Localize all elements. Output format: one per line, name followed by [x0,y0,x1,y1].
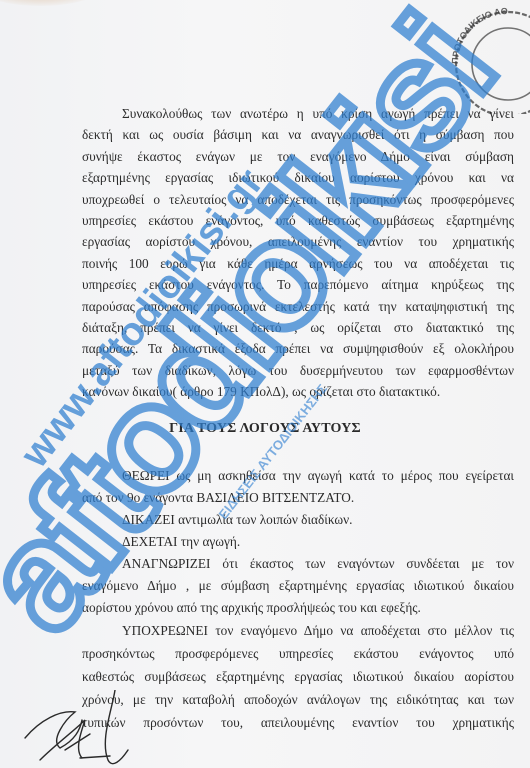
text-line: κανόνων δικαίου( άρθρο 179 ΚΠολΔ), ως ορ… [82,383,514,401]
ruling-line: ΔΙΚΑΖΕΙ αντιμωλία των λοιπών διαδίκων. [122,511,514,529]
text-line: συνήψε έκαστος ενάγων με τον εναγόμενο Δ… [82,148,514,166]
ruling-line: ΥΠΟΧΡΕΩΝΕΙ τον εναγόμενο Δήμο να αποδέχε… [122,622,514,640]
ruling-line: καθεστώς συμβάσεως εξαρτημένης εργασίας … [82,668,514,686]
text-line: υπηρεσίες εκάστου ενάγοντος. Το παρεπόμε… [82,276,514,294]
text-line: παρούσας. Τα δικαστικά έξοδα πρέπει να σ… [82,340,514,358]
ruling-line: αορίστου χρόνου από της αρχικής προσλήψε… [82,599,514,617]
ruling-line: ΔΕΧΕΤΑΙ την αγωγή. [122,533,514,551]
text-line: υπηρεσίες εκάστου ενάγοντος, υπό καθεστώ… [82,212,514,230]
text-line: παρούσας απόφασης προσωρινά εκτελεστής κ… [82,298,514,316]
text-line: μεταξύ των διαδίκων, λόγω του δυσερμήνευ… [82,362,514,380]
ruling-line: προσηκόντως προσφερόμενες υπηρεσίες εκάσ… [82,645,514,663]
ruling-line: από τον 9ο ενάγοντα ΒΑΣΙΛΕΙΟ ΒΙΤΣΕΝΤΖΑΤΟ… [82,489,514,507]
paper-stain [0,0,100,6]
text-line: εξαρτημένης εργασίας ιδιωτικού δικαίου α… [82,169,514,187]
ruling-line: εναγόμενο Δήμο , με σύμβαση εξαρτημένης … [82,577,514,595]
ruling-line: ΘΕΩΡΕΙ ως μη ασκηθείσα την αγωγή κατά το… [122,467,514,485]
text-line: εργασίας αορίστου χρόνου, απειλουμένης ε… [82,233,514,251]
ruling-line: ΑΝΑΓΝΩΡΙΖΕΙ ότι έκαστος των εναγόντων συ… [122,555,514,573]
ruling-line: χρόνου, με την καταβολή αποδοχών ανάλογω… [82,691,514,709]
text-line: ποινής 100 ευρώ για κάθε ημέρα αρνήσεως … [82,255,514,273]
text-line: Συνακολούθως των ανωτέρω η υπό κρίση αγω… [122,105,514,123]
text-line: δεκτή και ως ουσία βάσιμη και να αναγνωρ… [82,126,514,144]
text-line: διάταξη, πρέπει να γίνει δεκτό , ως ορίζ… [82,319,514,337]
ruling-line: τυπικών προσόντων του, απειλουμένης εναν… [82,714,514,732]
court-stamp-icon: ΠΡΩΤΟΔΙΚΕΙΟ ΑΘΗΝΩΝ [448,4,530,114]
section-heading: ΓΙΑ ΤΟΥΣ ΛΟΓΟΥΣ ΑΥΤΟΥΣ [0,421,530,437]
signature-icon [20,690,140,768]
text-line: υποχρεωθεί ο τελευταίος να αποδέχεται τι… [82,191,514,209]
svg-text:ΠΡΩΤΟΔΙΚΕΙΟ ΑΘΗΝΩΝ: ΠΡΩΤΟΔΙΚΕΙΟ ΑΘΗΝΩΝ [448,4,508,64]
document-page: ΠΡΩΤΟΔΙΚΕΙΟ ΑΘΗΝΩΝ Συνακολούθως των ανωτ… [0,0,530,768]
